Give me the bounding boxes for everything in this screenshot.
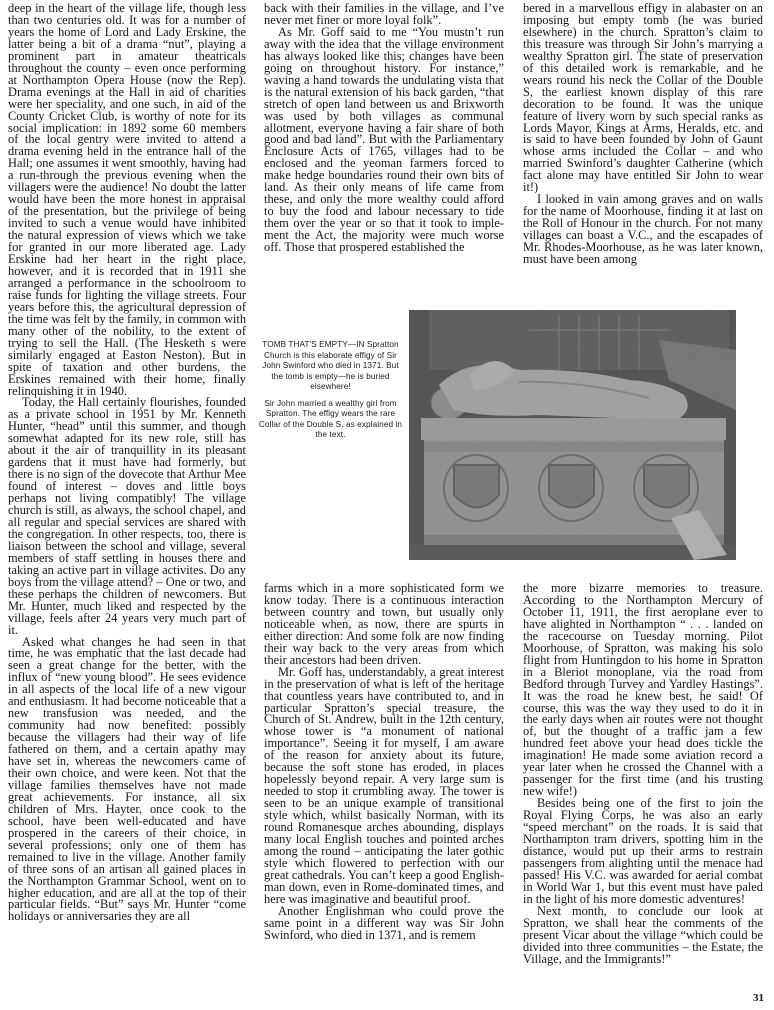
paragraph: bered in a marvellous effigy in alabaste… <box>523 3 763 194</box>
article-column-2-top: back with their families in the village,… <box>264 3 504 254</box>
article-column-1: deep in the heart of the village life, t… <box>8 3 246 923</box>
paragraph: Besides being one of the first to join t… <box>523 798 763 906</box>
paragraph: I looked in vain among graves and on wal… <box>523 194 763 266</box>
article-column-3-top: bered in a marvellous effigy in alabaste… <box>523 3 763 266</box>
photo-caption: TOMB THAT'S EMPTY—in Spratton Church is … <box>258 340 403 447</box>
paragraph: Next month, to conclude our look at Spra… <box>523 906 763 966</box>
page-number: 31 <box>753 992 764 1004</box>
paragraph: Asked what changes he had seen in that t… <box>8 637 246 924</box>
caption-text-2: Sir John married a wealthy girl from Spr… <box>258 399 403 441</box>
paragraph: deep in the heart of the village life, t… <box>8 3 246 397</box>
paragraph: Today, the Hall certainly flourishes, fo… <box>8 397 246 636</box>
paragraph: back with their families in the village,… <box>264 3 504 27</box>
paragraph: Mr. Goff has, understandably, a great in… <box>264 667 504 906</box>
paragraph: the more bizarre memories to treasure. A… <box>523 583 763 798</box>
paragraph: As Mr. Goff said to me “You mustn’t run … <box>264 27 504 254</box>
article-column-3-bottom: the more bizarre memories to treasure. A… <box>523 583 763 966</box>
article-column-2-bottom: farms which in a more sophisticated form… <box>264 583 504 942</box>
caption-heading: TOMB THAT'S EMPTY—in <box>262 340 364 349</box>
photo-image <box>409 310 736 560</box>
paragraph: farms which in a more sophisticated form… <box>264 583 504 667</box>
tomb-effigy-photo <box>409 310 736 560</box>
paragraph: Another Englishman who could prove the s… <box>264 906 504 942</box>
